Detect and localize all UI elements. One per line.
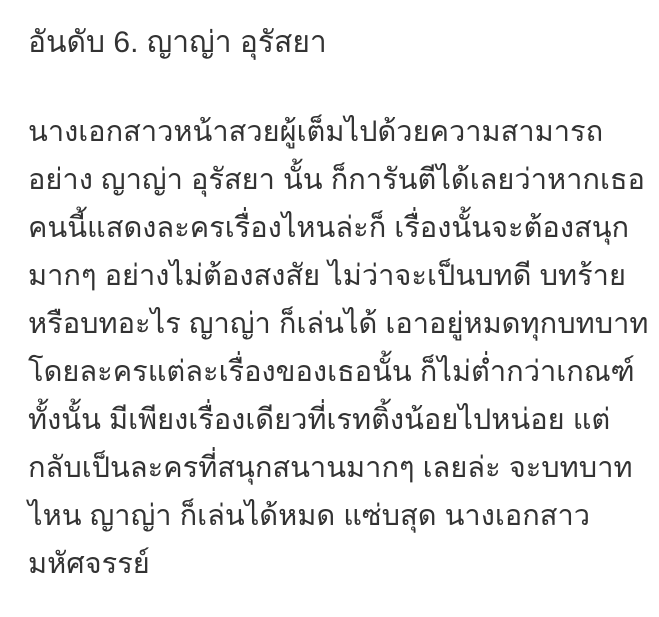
paragraph-line: โดยละครแต่ละเรื่องของเธอนั้น ก็ไม่ต่ำกว่… xyxy=(28,348,631,396)
paragraph-line: หรือบทอะไร ญาญ่า ก็เล่นได้ เอาอยู่หมดทุก… xyxy=(28,300,631,348)
paragraph-line: อย่าง ญาญ่า อุรัสยา นั้น ก็การันตีได้เลย… xyxy=(28,156,631,204)
paragraph-line: กลับเป็นละครที่สนุกสนานมากๆ เลยล่ะ จะบทบ… xyxy=(28,444,631,492)
paragraph-line: นางเอกสาวหน้าสวยผู้เต็มไปด้วยความสามารถ xyxy=(28,108,631,156)
paragraph-line: ไหน ญาญ่า ก็เล่นได้หมด แซ่บสุด นางเอกสาว xyxy=(28,492,631,540)
article-page: อันดับ 6. ญาญ่า อุรัสยา นางเอกสาวหน้าสวย… xyxy=(0,0,659,617)
page-title: อันดับ 6. ญาญ่า อุรัสยา xyxy=(28,22,631,64)
paragraph-line: คนนี้แสดงละครเรื่องไหนล่ะก็ เรื่องนั้นจะ… xyxy=(28,204,631,252)
article-paragraph: นางเอกสาวหน้าสวยผู้เต็มไปด้วยความสามารถ … xyxy=(28,108,631,588)
paragraph-line: ทั้งนั้น มีเพียงเรื่องเดียวที่เรทติ้งน้อ… xyxy=(28,396,631,444)
paragraph-line: มากๆ อย่างไม่ต้องสงสัย ไม่ว่าจะเป็นบทดี … xyxy=(28,252,631,300)
paragraph-line: มหัศจรรย์ xyxy=(28,540,631,588)
